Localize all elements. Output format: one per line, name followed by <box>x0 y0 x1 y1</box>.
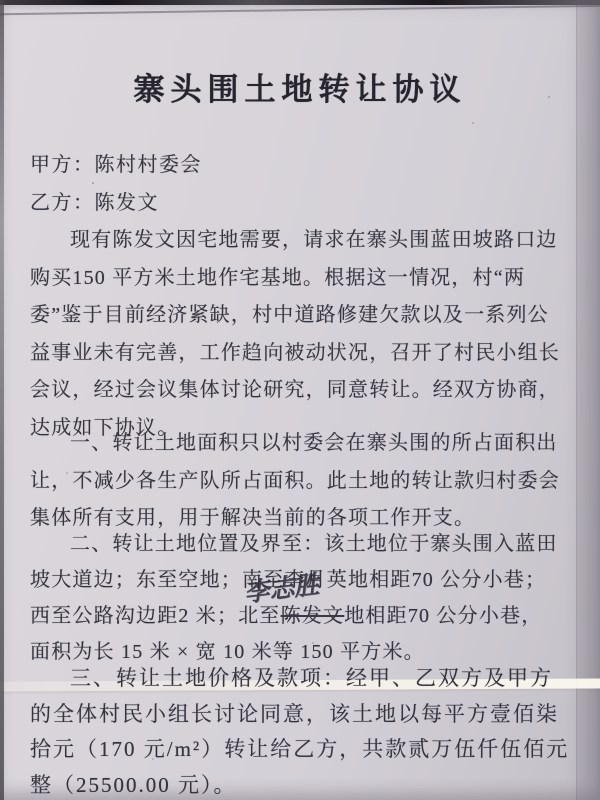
clause-3-line: 整（25500.00 元）。 <box>30 768 569 800</box>
clause-3-line: 三、转让土地价格及款项：经甲、乙双方及甲方 <box>30 661 569 697</box>
scan-top-edge <box>0 0 600 5</box>
intro-paragraph: 现有陈发文因宅地需要，请求在寨头围蓝田坡路口边 购买150 平方米土地作宅基地。… <box>30 222 560 448</box>
party-a-line: 甲方：陈村村委会 <box>30 146 202 184</box>
intro-line: 现有陈发文因宅地需要，请求在寨头围蓝田坡路口边 <box>30 222 560 260</box>
clause-2-line-prefix: 西至公路沟边距2 米；北至 <box>30 605 281 627</box>
scanned-document-page: 寨头围土地转让协议 甲方：陈村村委会 乙方：陈发文 现有陈发文因宅地需要，请求在… <box>0 0 600 800</box>
document-title: 寨头围土地转让协议 <box>0 64 600 109</box>
clause-2-line-with-correction: 西至公路沟边距2 米；北至陈发文地相距70 公分小巷，李志胜 <box>30 598 558 634</box>
intro-line: 益事业未有完善，工作趋向被动状况，召开了村民小组长 <box>30 335 560 373</box>
paper-top-edge-line <box>0 5 600 16</box>
clause-3-line: 拾元（170 元/m²）转让给乙方，共款贰万伍仟伍佰元 <box>30 732 569 768</box>
clause-2-line: 二、转让土地位置及界至：该土地位于寨头围入蓝田 <box>30 526 558 562</box>
scan-left-edge <box>0 0 4 800</box>
party-b-line: 乙方：陈发文 <box>30 184 202 222</box>
clause-2-paragraph: 二、转让土地位置及界至：该土地位于寨头围入蓝田 坡大道边；东至空地；南至李月英地… <box>30 526 558 670</box>
intro-line: 会议，经过会议集体讨论研究，同意转让。经双方协商， <box>30 372 560 410</box>
parties-block: 甲方：陈村村委会 乙方：陈发文 <box>30 146 202 222</box>
intro-line: 购买150 平方米土地作宅基地。根据这一情况，村“两 <box>30 260 560 298</box>
clause-1-line: 一、转让土地面积只以村委会在寨头围的所占面积出 <box>30 425 560 463</box>
clause-3-line: 的全体村民小组长讨论同意，该土地以每平方壹佰柒 <box>30 697 569 733</box>
clause-1-paragraph: 一、转让土地面积只以村委会在寨头围的所占面积出 让，不减少各生产队所占面积。此土… <box>30 425 560 538</box>
clause-1-line: 让，不减少各生产队所占面积。此土地的转让款归村委会 <box>30 463 560 501</box>
clause-2-line-suffix: 地相距70 公分小巷， <box>344 605 542 627</box>
intro-line: 委”鉴于目前经济紧缺，村中道路修建欠款以及一系列公 <box>30 297 560 335</box>
struck-printed-name: 陈发文 <box>281 605 345 627</box>
clause-3-paragraph: 三、转让土地价格及款项：经甲、乙双方及甲方 的全体村民小组长讨论同意，该土地以每… <box>30 661 569 800</box>
